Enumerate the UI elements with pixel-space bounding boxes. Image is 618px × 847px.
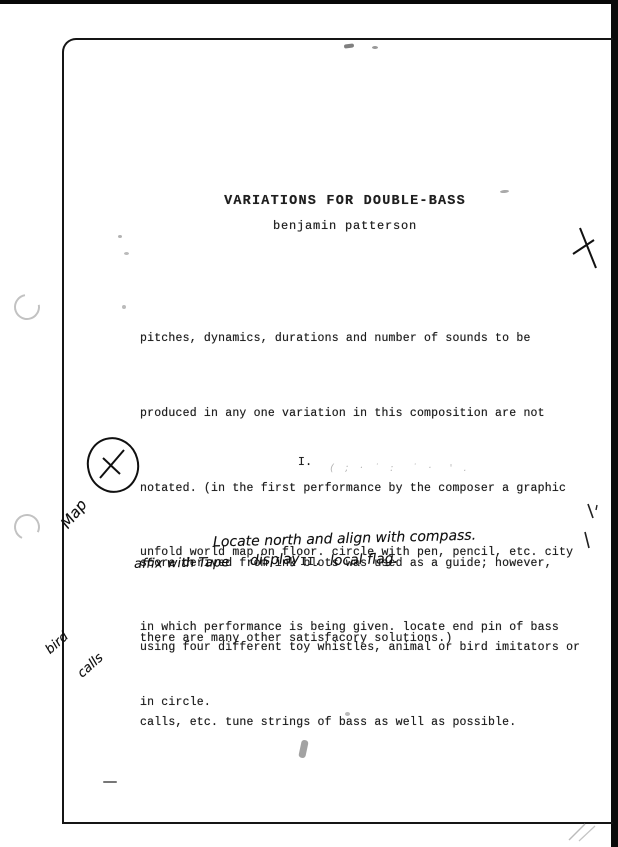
handwritten-note-display: display [250,551,300,569]
section-2-heading: II. [300,556,321,569]
document-title: VARIATIONS FOR DOUBLE-BASS [140,194,550,209]
section-2-line: using four different toy whistles, anima… [140,635,580,660]
scan-noise [345,712,350,716]
scan-noise-hatch [565,822,605,842]
section-1-heading: I. [298,456,312,469]
scan-noise [372,46,378,49]
punch-hole-top [9,289,45,325]
intro-line: produced in any one variation in this co… [140,401,566,426]
erased-pencil-marks: ( ; · ˙ : ˙ · ' . [330,463,471,474]
scanned-document-page: VARIATIONS FOR DOUBLE-BASS benjamin patt… [0,0,618,847]
margin-tick-mark [584,502,600,522]
scan-noise [124,252,129,255]
handwritten-note-flag: local flag. [330,551,399,569]
scan-noise [118,235,122,238]
intro-line: pitches, dynamics, durations and number … [140,326,566,351]
margin-tick-mark [580,530,596,552]
section-2-line: calls, etc. tune strings of bass as well… [140,710,580,735]
circled-x-annotation [84,436,142,496]
scan-noise [122,305,126,309]
punch-hole-bottom [10,510,43,543]
scan-edge-top [0,0,618,4]
document-author: benjamin patterson [140,219,550,233]
handwritten-note-tape: affix with Tape [134,555,230,572]
margin-x-mark [570,222,606,274]
section-2-body: using four different toy whistles, anima… [140,585,580,785]
scan-noise [103,781,117,783]
